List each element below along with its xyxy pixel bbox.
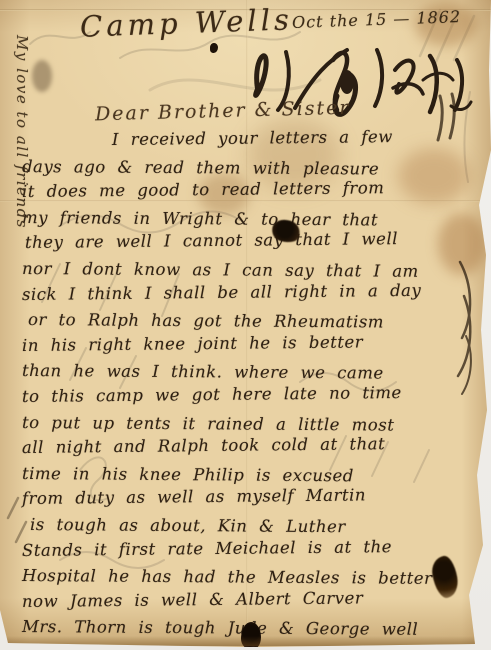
letter-line: to this camp we got here late no time <box>22 379 485 409</box>
letter-line: it does me good to read letters from <box>22 174 485 204</box>
letter-line: I received your letters a few <box>22 123 485 153</box>
margin-note: My love to all friends <box>11 0 31 272</box>
letter-scan: Camp Wells Oct the 15 — 1862 <box>0 0 491 650</box>
letter-line: in his right knee joint he is better <box>22 328 485 358</box>
letter-line: from duty as well as myself Martin <box>22 481 485 511</box>
letter-line: all night and Ralph took cold at that <box>22 430 485 460</box>
letter-line: now James is well & Albert Carver <box>22 584 485 614</box>
letter-line: they are well I cannot say that I well <box>25 226 485 256</box>
letter-line: sick I think I shall be all right in a d… <box>22 277 485 307</box>
letter-body: I received your letters a few days ago &… <box>22 128 485 640</box>
ink-smudge <box>32 60 52 92</box>
paper-sheet: Camp Wells Oct the 15 — 1862 <box>0 0 491 650</box>
paper-bottom-edge-shadow <box>0 636 491 646</box>
letter-line: Stands it first rate Meichael is at the <box>22 533 485 563</box>
